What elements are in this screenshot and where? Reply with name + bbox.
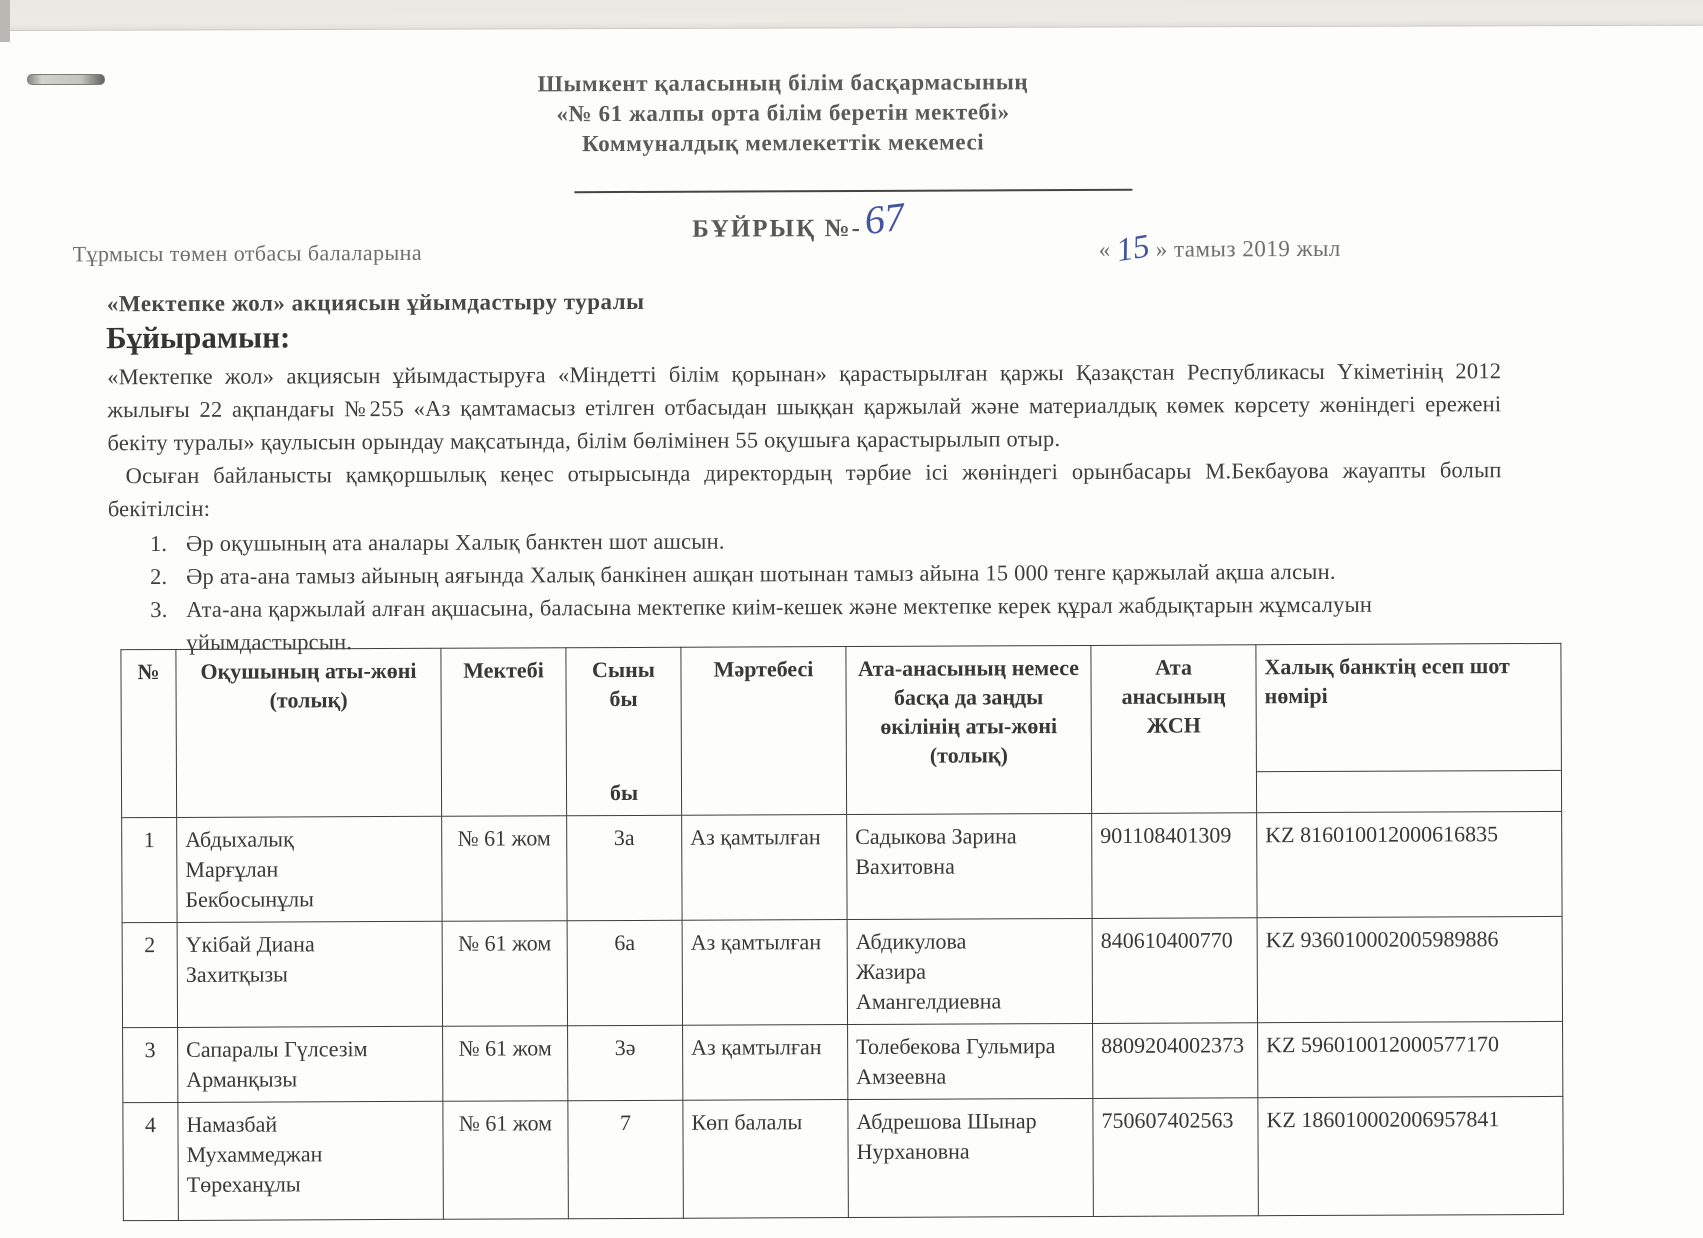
cell-parent-iin: 8809204002373 bbox=[1093, 1023, 1258, 1099]
cell-bank-account: KZ 186010002006957841 bbox=[1258, 1096, 1564, 1215]
bank-account-header-text: Халық банктің есеп шот нөмірі bbox=[1264, 653, 1509, 708]
table-row: 1 Абдыхалық Марғұлан Бекбосынұлы № 61 жо… bbox=[122, 811, 1562, 922]
cell-school: № 61 жом bbox=[443, 1101, 569, 1220]
cell-bank-account: KZ 596010012000577170 bbox=[1258, 1021, 1563, 1097]
grade-header-bottom: бы bbox=[567, 778, 681, 807]
col-header-status: Мәртебесі bbox=[681, 647, 847, 816]
cell-school: № 61 жом bbox=[442, 921, 567, 1027]
cell-parent-iin: 901108401309 bbox=[1092, 813, 1257, 919]
students-table: № Оқушының аты-жөні (толық) Мектебі Сыны… bbox=[120, 643, 1563, 1221]
cell-grade: 3ә bbox=[568, 1025, 683, 1101]
paragraph-2: Осыған байланысты қамқоршылық кеңес отыр… bbox=[108, 453, 1502, 525]
cell-parent-name: Абдрешова Шынар Нурхановна bbox=[848, 1098, 1094, 1217]
col-header-grade: Сыны бы бы bbox=[566, 647, 682, 816]
date-rest: » тамыз 2019 жыл bbox=[1156, 236, 1341, 262]
bank-account-header-subcell bbox=[1256, 770, 1562, 812]
list-item-number: 1. bbox=[150, 527, 167, 560]
cell-status: Аз қамтылған bbox=[683, 1025, 848, 1101]
table-row: 2 Үкібай Диана Захитқызы № 61 жом 6а Аз … bbox=[122, 916, 1562, 1027]
cell-parent-name: Абдикулова Жазира Амангелдиевна bbox=[847, 918, 1092, 1024]
cell-grade: 7 bbox=[568, 1100, 684, 1219]
order-subject: «Мектепке жол» акциясын ұйымдастыру тура… bbox=[107, 289, 645, 317]
date-open-quote: « bbox=[1099, 237, 1111, 262]
cell-bank-account: KZ 816010012000616835 bbox=[1257, 811, 1562, 917]
cell-grade: 6а bbox=[567, 920, 682, 1026]
order-number-handwritten: 67 bbox=[862, 193, 908, 245]
table-row: 3 Сапаралы Гүлсезім Арманқызы № 61 жом 3… bbox=[123, 1021, 1563, 1102]
header-divider-line bbox=[574, 189, 1132, 193]
col-header-parent-name: Ата-анасының немесе басқа да заңды өкілі… bbox=[846, 645, 1092, 814]
cell-status: Аз қамтылған bbox=[682, 815, 847, 921]
cell-parent-iin: 840610400770 bbox=[1092, 918, 1257, 1024]
order-body: «Мектепке жол» акциясын ұйымдастыруға «М… bbox=[107, 354, 1502, 659]
paragraph-1: «Мектепке жол» акциясын ұйымдастыруға «М… bbox=[107, 354, 1501, 459]
cell-bank-account: KZ 936010002005989886 bbox=[1257, 916, 1562, 1022]
grade-header-top: Сыны бы bbox=[592, 657, 655, 711]
cell-number: 3 bbox=[123, 1027, 178, 1102]
cell-student-name: Абдыхалық Марғұлан Бекбосынұлы bbox=[177, 816, 442, 922]
table-header-row: № Оқушының аты-жөні (толық) Мектебі Сыны… bbox=[121, 643, 1562, 817]
cell-parent-iin: 750607402563 bbox=[1093, 1098, 1259, 1217]
cell-student-name: Сапаралы Гүлсезім Арманқызы bbox=[178, 1026, 443, 1102]
list-item-number: 3. bbox=[150, 593, 167, 626]
organization-header: Шымкент қаласының білім басқармасының «№… bbox=[0, 65, 1568, 162]
cell-number: 2 bbox=[122, 922, 177, 1027]
addressee-line: Тұрмысы төмен отбасы балаларына bbox=[73, 240, 422, 268]
cell-student-name: Үкібай Диана Захитқызы bbox=[177, 921, 442, 1027]
col-header-parent-iin: Ата анасының ЖСН bbox=[1091, 645, 1257, 814]
org-line-3: Коммуналдық мемлекеттік мекемесі bbox=[0, 125, 1568, 162]
cell-number: 1 bbox=[122, 817, 177, 922]
table-row: 4 Намазбай Мухаммеджан Төреханұлы № 61 ж… bbox=[123, 1096, 1564, 1220]
col-header-number: № bbox=[121, 649, 177, 817]
cell-number: 4 bbox=[123, 1102, 179, 1220]
cell-student-name: Намазбай Мухаммеджан Төреханұлы bbox=[178, 1101, 444, 1220]
cell-grade: 3а bbox=[567, 815, 682, 921]
col-header-bank-account: Халық банктің есеп шот нөмірі bbox=[1256, 643, 1562, 812]
cell-status: Аз қамтылған bbox=[682, 920, 847, 1026]
document-page: Шымкент қаласының білім басқармасының «№… bbox=[0, 0, 1703, 1238]
date-day-handwritten: 15 bbox=[1114, 228, 1153, 270]
decree-list: 1. Әр оқушының ата аналары Халық банктен… bbox=[108, 521, 1503, 659]
cell-parent-name: Садыкова Зарина Вахитовна bbox=[847, 813, 1092, 919]
list-item-text: Әр ата-ана тамыз айының аяғында Халық ба… bbox=[186, 559, 1336, 589]
list-item-number: 2. bbox=[150, 560, 167, 593]
list-item-text: Әр оқушының ата аналары Халық банктен шо… bbox=[186, 529, 725, 556]
cell-school: № 61 жом bbox=[442, 816, 567, 922]
cell-status: Көп балалы bbox=[683, 1100, 849, 1219]
date-line: «15» тамыз 2019 жыл bbox=[1099, 228, 1341, 266]
col-header-school: Мектебі bbox=[441, 648, 567, 817]
order-label: БҰЙРЫҚ №- bbox=[692, 215, 862, 243]
col-header-student-name: Оқушының аты-жөні (толық) bbox=[176, 648, 442, 817]
cell-parent-name: Толебекова Гульмира Амзеевна bbox=[848, 1023, 1093, 1099]
cell-school: № 61 жом bbox=[443, 1026, 568, 1102]
decree-heading: Бұйырамын: bbox=[106, 319, 290, 356]
